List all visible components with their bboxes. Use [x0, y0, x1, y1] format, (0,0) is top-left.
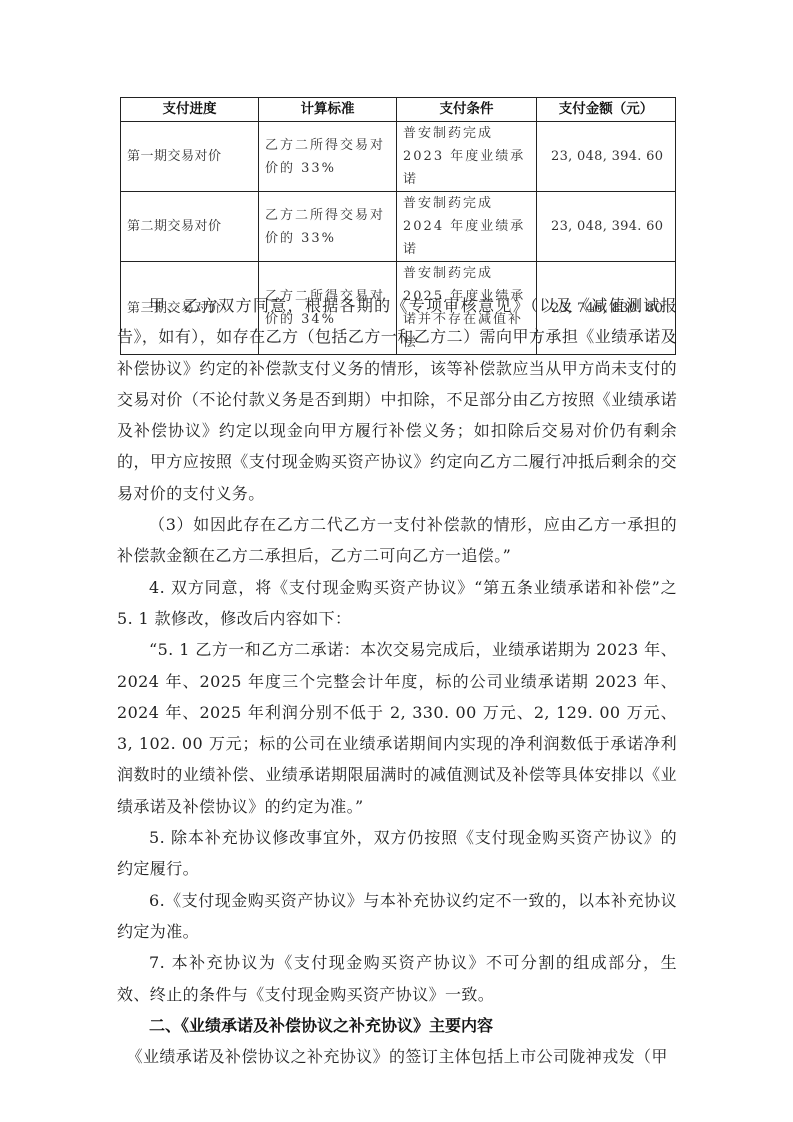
- paragraph-offset-clause: 甲、乙方双方同意，根据各期的《专项审核意见》（以及《减值测试报告》，如有），如存…: [117, 290, 677, 509]
- paragraph-item-7: 7. 本补充协议为《支付现金购买资产协议》不可分割的组成部分，生效、终止的条件与…: [117, 947, 677, 1010]
- header-payment-amount: 支付金额（元）: [537, 98, 676, 122]
- cell-stage: 第二期交易对价: [121, 192, 259, 262]
- paragraph-item-5: 5. 除本补充协议修改事宜外，双方仍按照《支付现金购买资产协议》的约定履行。: [117, 822, 677, 885]
- paragraph-section-intro: 《业绩承诺及补偿协议之补充协议》的签订主体包括上市公司陇神戎发（甲: [117, 1041, 677, 1072]
- paragraph-item-6: 6.《支付现金购买资产协议》与本补充协议约定不一致的，以本补充协议约定为准。: [117, 885, 677, 948]
- paragraph-item-4: 4. 双方同意，将《支付现金购买资产协议》“第五条业绩承诺和补偿”之 5. 1 …: [117, 572, 677, 635]
- document-page: 支付进度 计算标准 支付条件 支付金额（元） 第一期交易对价 乙方二所得交易对价…: [0, 0, 793, 1122]
- table-header-row: 支付进度 计算标准 支付条件 支付金额（元）: [121, 98, 676, 122]
- header-payment-condition: 支付条件: [397, 98, 537, 122]
- header-payment-stage: 支付进度: [121, 98, 259, 122]
- table-row: 第二期交易对价 乙方二所得交易对价的 33% 普安制药完成 2024 年度业绩承…: [121, 192, 676, 262]
- body-text: 甲、乙方双方同意，根据各期的《专项审核意见》（以及《减值测试报告》，如有），如存…: [117, 290, 677, 1072]
- header-calculation-standard: 计算标准: [259, 98, 397, 122]
- cell-condition: 普安制药完成 2023 年度业绩承诺: [397, 122, 537, 192]
- cell-stage: 第一期交易对价: [121, 122, 259, 192]
- cell-amount: 23, 048, 394. 60: [537, 192, 676, 262]
- cell-standard: 乙方二所得交易对价的 33%: [259, 192, 397, 262]
- cell-amount: 23, 048, 394. 60: [537, 122, 676, 192]
- section-heading: 二、《业绩承诺及补偿协议之补充协议》主要内容: [117, 1010, 677, 1041]
- paragraph-recourse-clause: （3）如因此存在乙方二代乙方一支付补偿款的情形，应由乙方一承担的补偿款金额在乙方…: [117, 509, 677, 572]
- cell-standard: 乙方二所得交易对价的 33%: [259, 122, 397, 192]
- cell-condition: 普安制药完成 2024 年度业绩承诺: [397, 192, 537, 262]
- paragraph-clause-5-1: “5. 1 乙方一和乙方二承诺：本次交易完成后，业绩承诺期为 2023 年、20…: [117, 634, 677, 822]
- table-row: 第一期交易对价 乙方二所得交易对价的 33% 普安制药完成 2023 年度业绩承…: [121, 122, 676, 192]
